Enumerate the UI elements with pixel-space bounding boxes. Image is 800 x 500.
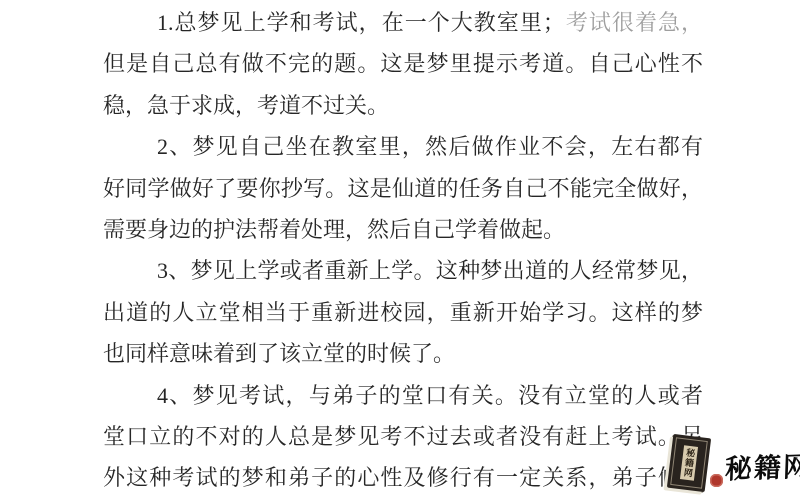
text-line: 出道的人立堂相当于重新进校园，重新开始学习。这样的梦 bbox=[103, 292, 703, 333]
faded-watermarked-text: 考试很着急， bbox=[565, 10, 703, 35]
text-line: 需要身边的护法帮着处理，然后自己学着做起。 bbox=[103, 209, 703, 250]
book-cover-frame: 秘籍网 bbox=[670, 437, 708, 489]
text-line: 堂口立的不对的人总是梦见考不过去或者没有赶上考试。另 bbox=[103, 416, 703, 457]
book-icon: 秘籍网 bbox=[667, 434, 711, 492]
text-line: 但是自己总有做不完的题。这是梦里提示考道。自己心性不 bbox=[103, 43, 703, 84]
text-line: 4、梦见考试，与弟子的堂口有关。没有立堂的人或者 bbox=[103, 375, 703, 416]
text-line: 1.总梦见上学和考试，在一个大教室里；考试很着急， bbox=[103, 2, 703, 43]
document-page: 1.总梦见上学和考试，在一个大教室里；考试很着急， 但是自己总有做不完的题。这是… bbox=[103, 2, 703, 499]
site-name-logo-text: 秘籍网 bbox=[724, 444, 800, 486]
line-text: 1.总梦见上学和考试，在一个大教室里； bbox=[157, 10, 565, 35]
text-line: 好同学做好了要你抄写。这是仙道的任务自己不能完全做好， bbox=[103, 168, 703, 209]
mijiwang-watermark: 秘籍网 秘籍网 bbox=[660, 434, 800, 500]
red-seal-icon bbox=[710, 474, 723, 487]
text-line: 2、梦见自己坐在教室里，然后做作业不会，左右都有 bbox=[103, 126, 703, 167]
text-line: 稳，急于求成，考道不过关。 bbox=[103, 85, 703, 126]
text-line: 3、梦见上学或者重新上学。这种梦出道的人经常梦见， bbox=[103, 250, 703, 291]
text-line: 外这种考试的梦和弟子的心性及修行有一定关系，弟子修的 bbox=[103, 457, 703, 498]
book-label-text: 秘籍网 bbox=[680, 445, 698, 480]
text-line: 也同样意味着到了该立堂的时候了。 bbox=[103, 333, 703, 374]
